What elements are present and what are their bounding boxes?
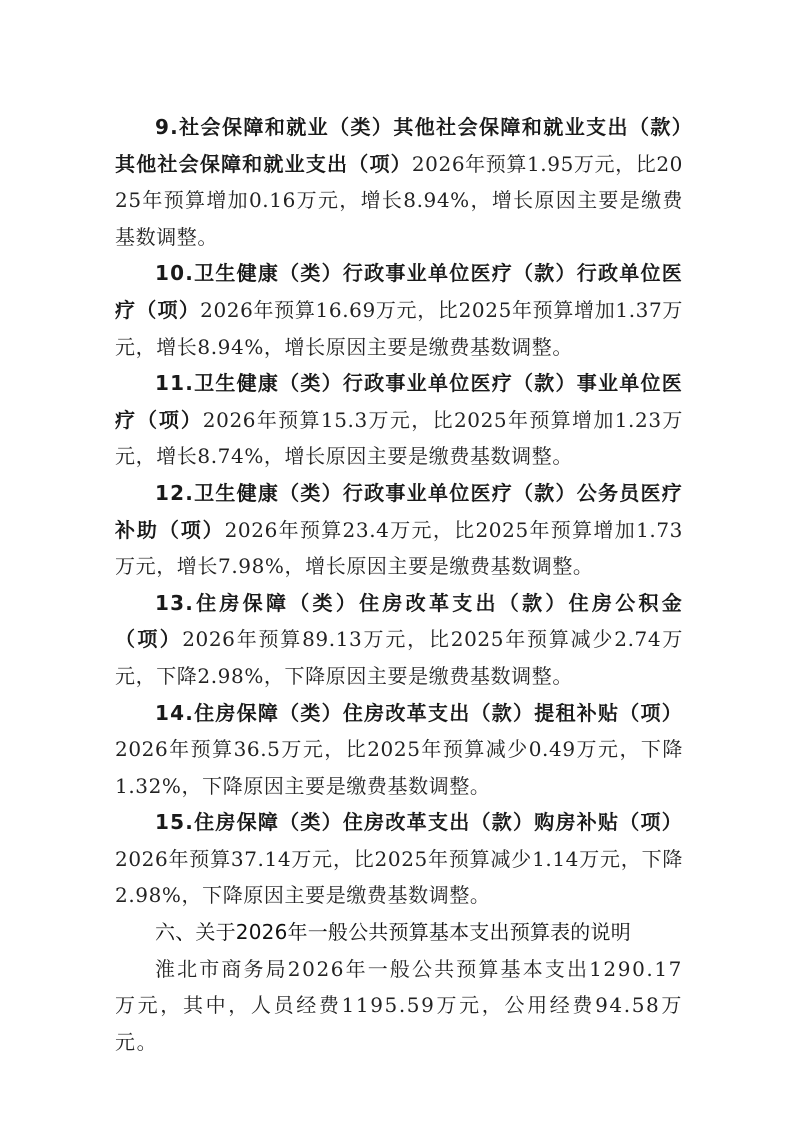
item-body: 2026年预算16.69万元，比2025年预算增加1.37万元，增长8.94%，… bbox=[115, 298, 683, 359]
item-heading: 14.住房保障（类）住房改革支出（款）提租补贴（项） bbox=[155, 701, 683, 725]
item-body: 2026年预算36.5万元，比2025年预算减少0.49万元，下降1.32%，下… bbox=[115, 737, 683, 798]
budget-item-14: 14.住房保障（类）住房改革支出（款）提租补贴（项）2026年预算36.5万元，… bbox=[115, 695, 683, 805]
item-body: 2026年预算37.14万元，比2025年预算减少1.14万元，下降2.98%，… bbox=[115, 847, 683, 908]
section-body: 淮北市商务局2026年一般公共预算基本支出1290.17万元，其中，人员经费11… bbox=[115, 951, 683, 1061]
budget-item-10: 10.卫生健康（类）行政事业单位医疗（款）行政单位医疗（项）2026年预算16.… bbox=[115, 255, 683, 365]
budget-item-11: 11.卫生健康（类）行政事业单位医疗（款）事业单位医疗（项）2026年预算15.… bbox=[115, 365, 683, 475]
document-page: 9.社会保障和就业（类）其他社会保障和就业支出（款）其他社会保障和就业支出（项）… bbox=[115, 109, 683, 1060]
budget-item-9: 9.社会保障和就业（类）其他社会保障和就业支出（款）其他社会保障和就业支出（项）… bbox=[115, 109, 683, 255]
budget-item-13: 13.住房保障（类）住房改革支出（款）住房公积金（项）2026年预算89.13万… bbox=[115, 585, 683, 695]
item-body: 2026年预算89.13万元，比2025年预算减少2.74万元，下降2.98%，… bbox=[115, 627, 683, 688]
section-title: 六、关于2026年一般公共预算基本支出预算表的说明 bbox=[115, 914, 683, 951]
budget-item-12: 12.卫生健康（类）行政事业单位医疗（款）公务员医疗补助（项）2026年预算23… bbox=[115, 475, 683, 585]
item-heading: 15.住房保障（类）住房改革支出（款）购房补贴（项） bbox=[155, 810, 683, 834]
budget-item-15: 15.住房保障（类）住房改革支出（款）购房补贴（项）2026年预算37.14万元… bbox=[115, 804, 683, 914]
section-body-text: 淮北市商务局2026年一般公共预算基本支出1290.17万元，其中，人员经费11… bbox=[115, 957, 683, 1054]
